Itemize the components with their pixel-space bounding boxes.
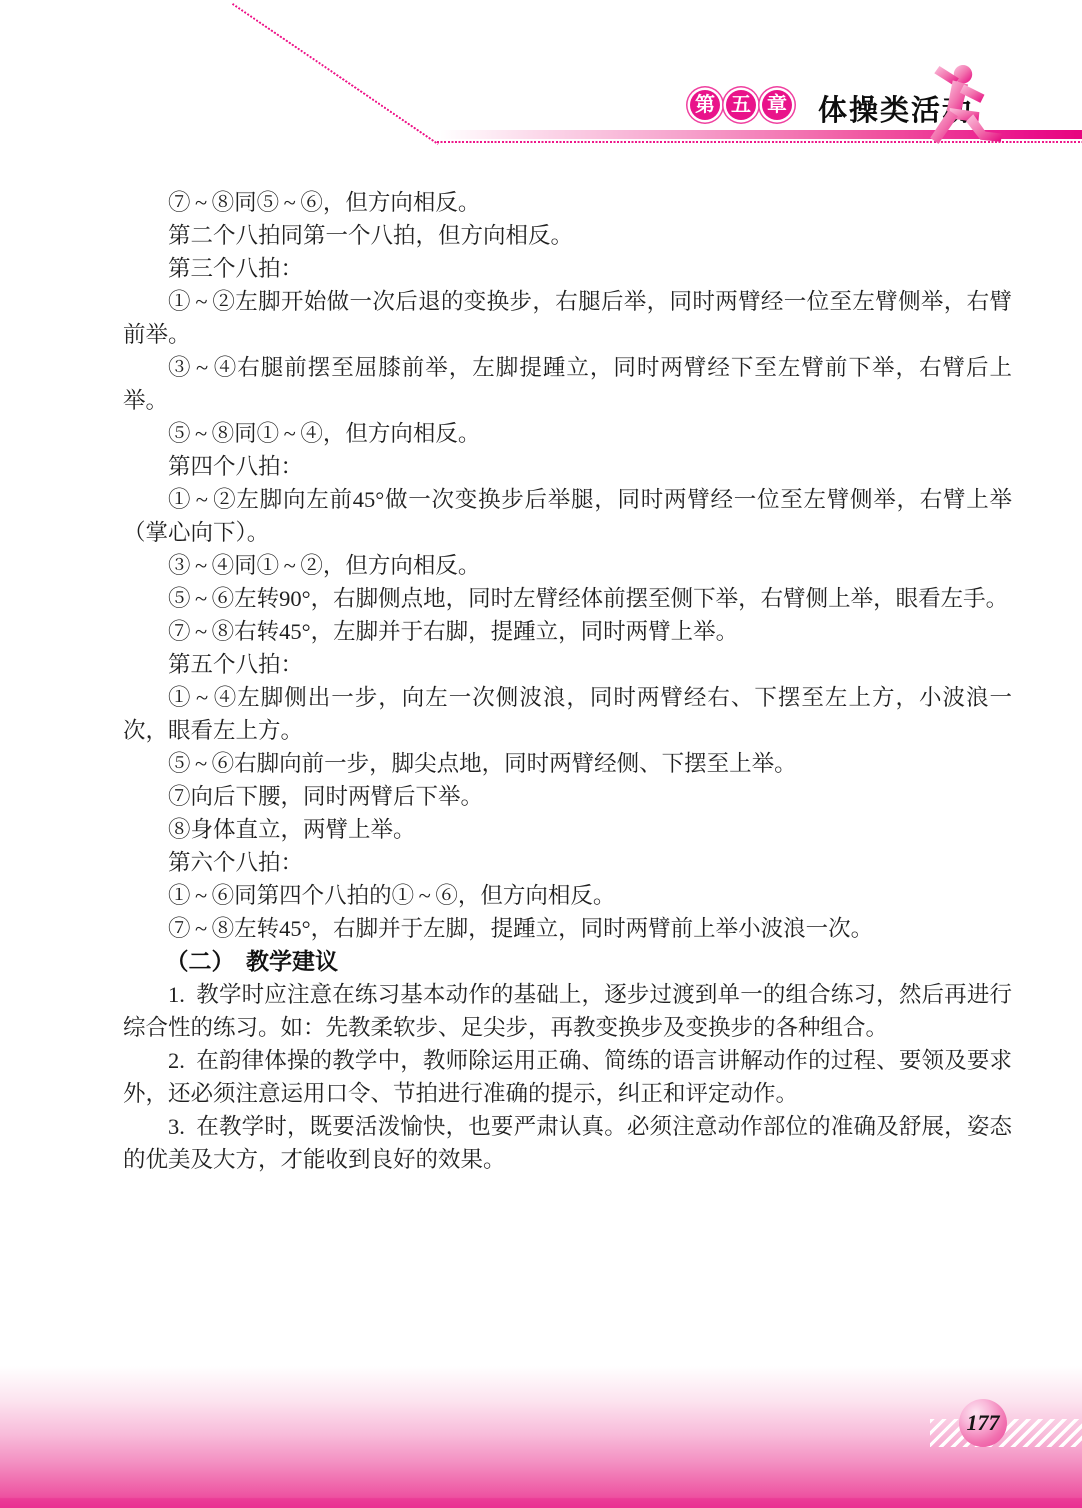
paragraph: 2. 在韵律体操的教学中，教师除运用正确、简练的语言讲解动作的过程、要领及要求外… [123,1044,1012,1110]
paragraph: ⑤ ~ ⑧同① ~ ④，但方向相反。 [123,417,1012,450]
paragraph: ③ ~ ④右腿前摆至屈膝前举，左脚提踵立，同时两臂经下至左臂前下举，右臂后上举。 [123,351,1012,417]
paragraph: ⑤ ~ ⑥右脚向前一步，脚尖点地，同时两臂经侧、下摆至上举。 [123,747,1012,780]
paragraph: ⑧身体直立，两臂上举。 [123,813,1012,846]
paragraph: ① ~ ⑥同第四个八拍的① ~ ⑥，但方向相反。 [123,879,1012,912]
chapter-badge-char: 章 [762,90,792,120]
chapter-badge-char: 第 [690,90,720,120]
header-diagonal-dotted-line [232,3,439,145]
runner-icon [924,64,1004,148]
chapter-badge-char: 五 [726,90,756,120]
book-page: 第 五 章 体操类活动 ⑦ ~ ⑧同⑤ ~ ⑥，但方向相反。第二个八拍同第一个八… [0,0,1082,1508]
text-body: ⑦ ~ ⑧同⑤ ~ ⑥，但方向相反。第二个八拍同第一个八拍，但方向相反。第三个八… [123,186,1012,1176]
paragraph: 第二个八拍同第一个八拍，但方向相反。 [123,219,1012,252]
chapter-badge: 第 五 章 [690,90,792,120]
paragraph: ① ~ ②左脚向左前45°做一次变换步后举腿，同时两臂经一位至左臂侧举，右臂上举… [123,483,1012,549]
paragraph: 第六个八拍： [123,846,1012,879]
paragraph: 3. 在教学时，既要活泼愉快，也要严肃认真。必须注意动作部位的准确及舒展，姿态的… [123,1110,1012,1176]
paragraph: ⑦ ~ ⑧右转45°，左脚并于右脚，提踵立，同时两臂上举。 [123,615,1012,648]
paragraph: ⑦向后下腰，同时两臂后下举。 [123,780,1012,813]
paragraph: 第四个八拍： [123,450,1012,483]
paragraph: ① ~ ②左脚开始做一次后退的变换步，右腿后举，同时两臂经一位至左臂侧举，右臂前… [123,285,1012,351]
page-number: 177 [967,1410,1000,1435]
section-heading: （二） 教学建议 [123,945,1012,978]
paragraph: ⑤ ~ ⑥左转90°，右脚侧点地，同时左臂经体前摆至侧下举，右臂侧上举，眼看左手… [123,582,1012,615]
paragraph: 1. 教学时应注意在练习基本动作的基础上，逐步过渡到单一的组合练习，然后再进行综… [123,978,1012,1044]
paragraph: 第三个八拍： [123,252,1012,285]
paragraph: ③ ~ ④同① ~ ②，但方向相反。 [123,549,1012,582]
footer-gradient [0,1366,1082,1508]
paragraph: 第五个八拍： [123,648,1012,681]
paragraph: ① ~ ④左脚侧出一步，向左一次侧波浪，同时两臂经右、下摆至左上方，小波浪一次，… [123,681,1012,747]
paragraph: ⑦ ~ ⑧同⑤ ~ ⑥，但方向相反。 [123,186,1012,219]
paragraph: ⑦ ~ ⑧左转45°，右脚并于左脚，提踵立，同时两臂前上举小波浪一次。 [123,912,1012,945]
page-number-badge: 177 [959,1399,1007,1447]
